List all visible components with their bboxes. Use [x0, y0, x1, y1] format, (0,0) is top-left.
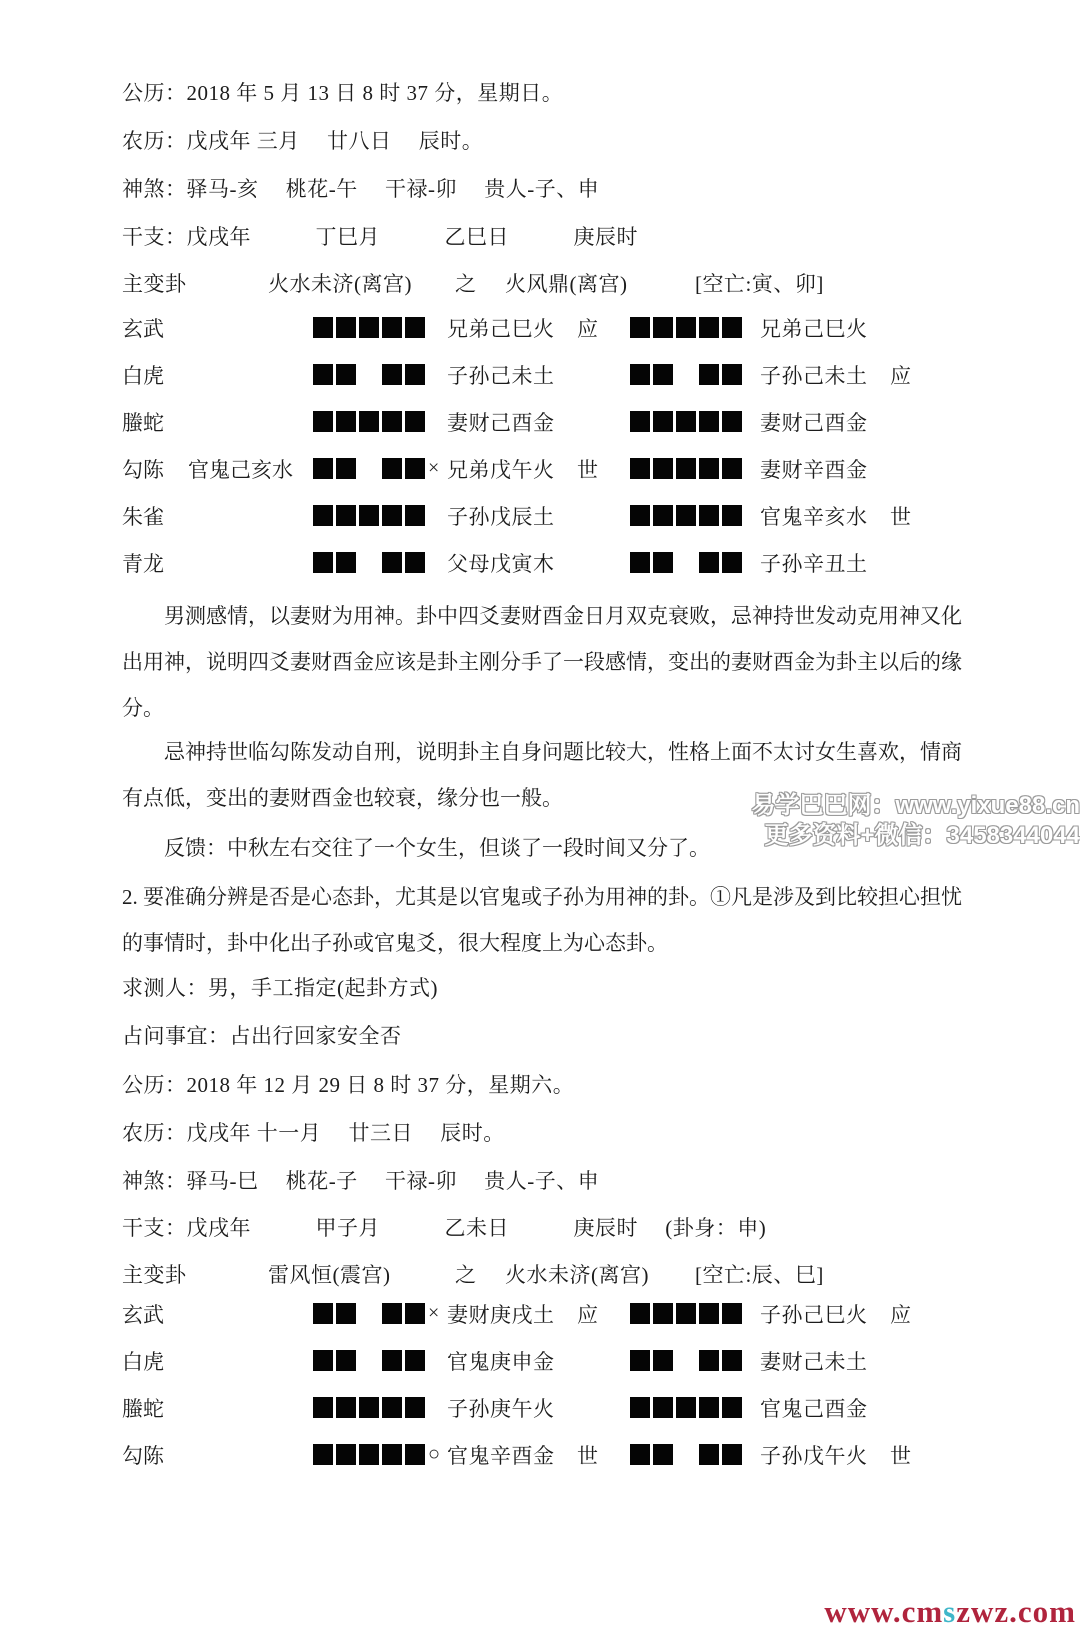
yao-line-left — [313, 552, 425, 573]
yao-text-right: 兄弟己巳火 — [760, 313, 890, 343]
yao-line-right — [630, 505, 742, 526]
shi-ying-left: 世 — [577, 1440, 630, 1470]
yao-line-right — [630, 552, 742, 573]
hexagram-row: 勾陈 ○ 官鬼辛酉金 世 子孙戊午火 世 — [122, 1431, 1022, 1478]
yao-text-right: 子孙辛丑土 — [760, 548, 890, 578]
hexagram-row: 青龙 父母戊寅木 子孙辛丑土 — [122, 539, 1022, 586]
yao-line-right — [630, 1397, 742, 1418]
hexagram-row: 白虎 官鬼庚申金 妻财己未土 — [122, 1337, 1022, 1384]
solar-date-line-1: 公历：2018 年 5 月 13 日 8 时 37 分，星期日。 — [122, 70, 563, 117]
gua-line-label: 主变卦 — [122, 261, 268, 308]
yao-line-left — [313, 1303, 425, 1324]
yao-line-left — [313, 1350, 425, 1371]
hexagram-row: 朱雀 子孙戊辰土 官鬼辛亥水 世 — [122, 492, 1022, 539]
shi-ying-right: 应 — [890, 360, 940, 390]
document-page: 公历：2018 年 5 月 13 日 8 时 37 分，星期日。 农历：戊戌年 … — [0, 0, 1080, 1640]
seeker-line: 求测人：男，手工指定(起卦方式) — [122, 965, 438, 1012]
six-god-label: 白虎 — [122, 360, 188, 390]
yao-text-left: 兄弟己巳火 — [447, 313, 577, 343]
side-watermark: 易学巴巴网：www.yixue88.cn 更多资料+微信：3458344044 — [751, 791, 1080, 851]
yao-text-left: 子孙己未土 — [447, 360, 577, 390]
yao-text-left: 子孙庚午火 — [447, 1393, 577, 1423]
hexagram-row: 螣蛇 子孙庚午火 官鬼己酉金 — [122, 1384, 1022, 1431]
yao-text-right: 子孙己巳火 — [760, 1299, 890, 1329]
yao-text-right: 妻财己酉金 — [760, 407, 890, 437]
yao-line-right — [630, 458, 742, 479]
item-2-paragraph: 2. 要准确分辨是否是心态卦，尤其是以官鬼或子孙为用神的卦。①凡是涉及到比较担心… — [122, 874, 964, 966]
main-changed-hexagram-line-1: 主变卦 火水未济(离宫) 之 火风鼎(离宫) [空亡:寅、卯] — [122, 261, 824, 308]
six-god-label: 螣蛇 — [122, 1393, 188, 1423]
ganzhi-line-2: 干支：戊戌年 甲子月 乙未日 庚辰时 (卦身：申) — [122, 1205, 766, 1252]
moving-line-marker: ○ — [428, 1443, 447, 1466]
yao-line-left — [313, 458, 425, 479]
hexagram-table-1: 玄武 兄弟己巳火 应 兄弟己巳火 白虎 子孙己未土 子孙己未土 应 螣蛇 — [122, 304, 1022, 586]
yao-line-right — [630, 1444, 742, 1465]
yao-text-right: 子孙戊午火 — [760, 1440, 890, 1470]
hexagram-table-2: 玄武 × 妻财庚戌土 应 子孙己巳火 应 白虎 官鬼庚申金 妻财己未土 螣蛇 — [122, 1290, 1022, 1478]
yao-text-right: 官鬼辛亥水 — [760, 501, 890, 531]
question-line: 占问事宜：占出行回家安全否 — [122, 1013, 402, 1060]
shensha-line-1: 神煞：驿马-亥 桃花-午 干禄-卯 贵人-子、申 — [122, 166, 599, 213]
shi-ying-left: 应 — [577, 313, 630, 343]
bottom-watermark-part3: zwz.com — [956, 1594, 1076, 1629]
hidden-spirit-label: 官鬼己亥水 — [188, 454, 313, 484]
bottom-watermark: www.cmszwz.com — [824, 1593, 1076, 1631]
kongwang-label: [空亡:寅、卯] — [695, 261, 824, 308]
hexagram-row: 白虎 子孙己未土 子孙己未土 应 — [122, 351, 1022, 398]
yao-text-right: 子孙己未土 — [760, 360, 890, 390]
six-god-label: 玄武 — [122, 1299, 188, 1329]
shi-ying-right: 世 — [890, 1440, 940, 1470]
shi-ying-right: 应 — [890, 1299, 940, 1329]
six-god-label: 白虎 — [122, 1346, 188, 1376]
changed-hexagram: 火风鼎(离宫) — [505, 261, 695, 308]
shi-ying-left: 应 — [577, 1299, 630, 1329]
yao-line-left — [313, 411, 425, 432]
bottom-watermark-part1: www.cm — [824, 1594, 943, 1629]
shi-ying-right: 世 — [890, 501, 940, 531]
six-god-label: 玄武 — [122, 313, 188, 343]
yao-text-right: 妻财己未土 — [760, 1346, 890, 1376]
yao-line-left — [313, 317, 425, 338]
six-god-label: 朱雀 — [122, 501, 188, 531]
solar-date-line-2: 公历：2018 年 12 月 29 日 8 时 37 分，星期六。 — [122, 1062, 574, 1109]
yao-line-left — [313, 1397, 425, 1418]
six-god-label: 青龙 — [122, 548, 188, 578]
lunar-date-line-1: 农历：戊戌年 三月 廿八日 辰时。 — [122, 118, 483, 165]
yao-line-left — [313, 1444, 425, 1465]
yao-text-left: 官鬼辛酉金 — [447, 1440, 577, 1470]
yao-text-left: 父母戊寅木 — [447, 548, 577, 578]
yao-text-left: 兄弟戊午火 — [447, 454, 577, 484]
yao-line-left — [313, 364, 425, 385]
shi-ying-left: 世 — [577, 454, 630, 484]
main-hexagram: 火水未济(离宫) — [268, 261, 455, 308]
yao-line-right — [630, 1303, 742, 1324]
yao-line-right — [630, 317, 742, 338]
hexagram-row: 螣蛇 妻财己酉金 妻财己酉金 — [122, 398, 1022, 445]
shensha-line-2: 神煞：驿马-巳 桃花-子 干禄-卯 贵人-子、申 — [122, 1158, 599, 1205]
yao-text-left: 妻财庚戌土 — [447, 1299, 577, 1329]
yao-text-right: 妻财辛酉金 — [760, 454, 890, 484]
moving-line-marker: × — [428, 457, 447, 480]
lunar-date-line-2: 农历：戊戌年 十一月 廿三日 辰时。 — [122, 1110, 505, 1157]
six-god-label: 螣蛇 — [122, 407, 188, 437]
yao-line-right — [630, 364, 742, 385]
six-god-label: 勾陈 — [122, 454, 188, 484]
hexagram-row: 玄武 兄弟己巳火 应 兄弟己巳火 — [122, 304, 1022, 351]
yao-text-right: 官鬼己酉金 — [760, 1393, 890, 1423]
analysis-paragraph-1: 男测感情，以妻财为用神。卦中四爻妻财酉金日月双克衰败，忌神持世发动克用神又化出用… — [122, 593, 964, 731]
yao-line-right — [630, 411, 742, 432]
ganzhi-line-1: 干支：戊戌年 丁巳月 乙巳日 庚辰时 — [122, 214, 638, 261]
side-watermark-wechat-line: 更多资料+微信：3458344044 — [751, 821, 1080, 851]
six-god-label: 勾陈 — [122, 1440, 188, 1470]
yao-line-left — [313, 505, 425, 526]
yao-text-left: 官鬼庚申金 — [447, 1346, 577, 1376]
hexagram-row: 勾陈 官鬼己亥水 × 兄弟戊午火 世 妻财辛酉金 — [122, 445, 1022, 492]
moving-line-marker: × — [428, 1302, 447, 1325]
yao-line-right — [630, 1350, 742, 1371]
zhi-connector: 之 — [455, 261, 505, 308]
side-watermark-site-line: 易学巴巴网：www.yixue88.cn — [751, 791, 1080, 821]
bottom-watermark-part2: s — [943, 1594, 956, 1629]
yao-text-left: 妻财己酉金 — [447, 407, 577, 437]
hexagram-row: 玄武 × 妻财庚戌土 应 子孙己巳火 应 — [122, 1290, 1022, 1337]
yao-text-left: 子孙戊辰土 — [447, 501, 577, 531]
